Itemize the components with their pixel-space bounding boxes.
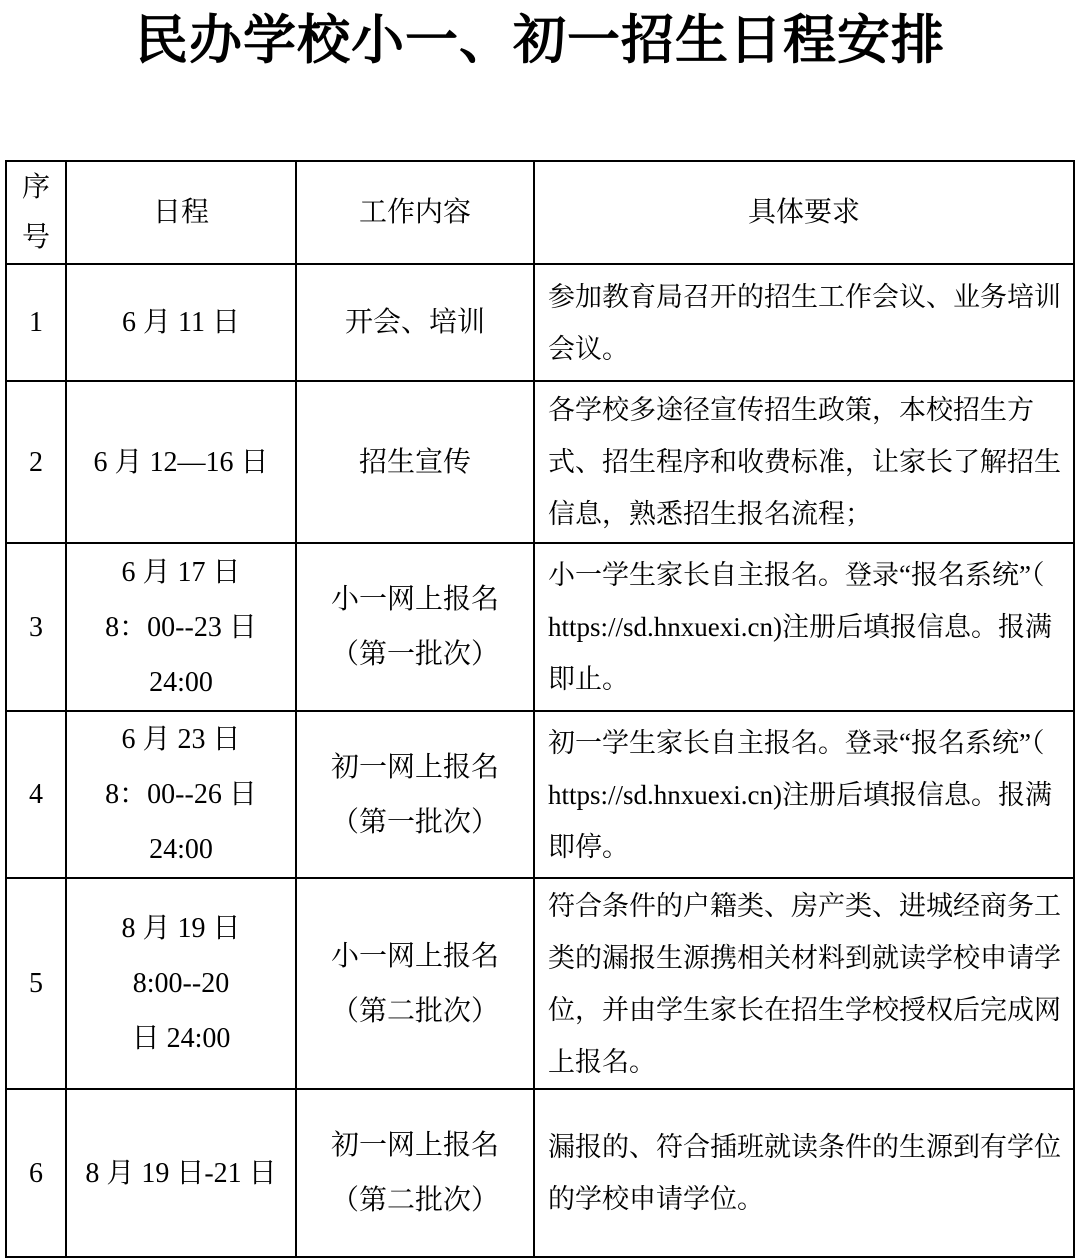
table-row: 2 6 月 12—16 日 招生宣传 各学校多途径宣传招生政策，本校招生方式、招…	[6, 381, 1074, 543]
page-title: 民办学校小一、初一招生日程安排	[0, 10, 1080, 72]
row-date: 6 月 23 日 8：00--26 日 24:00	[66, 711, 296, 878]
row-work: 开会、培训	[296, 264, 534, 381]
row-date: 6 月 17 日 8：00--23 日 24:00	[66, 543, 296, 711]
row-requirements: 小一学生家长自主报名。登录“报名系统”（ https://sd.hnxuexi.…	[534, 543, 1074, 711]
row-index: 4	[6, 711, 66, 878]
row-date: 8 月 19 日-21 日	[66, 1089, 296, 1257]
row-index: 2	[6, 381, 66, 543]
col-header-requirements: 具体要求	[534, 161, 1074, 264]
row-index: 5	[6, 878, 66, 1089]
table-header-row: 序 号 日程 工作内容 具体要求	[6, 161, 1074, 264]
table-row: 6 8 月 19 日-21 日 初一网上报名 （第二批次） 漏报的、符合插班就读…	[6, 1089, 1074, 1257]
row-requirements: 符合条件的户籍类、房产类、进城经商务工类的漏报生源携相关材料到就读学校申请学位，…	[534, 878, 1074, 1089]
col-header-date: 日程	[66, 161, 296, 264]
row-index: 1	[6, 264, 66, 381]
row-work: 初一网上报名 （第一批次）	[296, 711, 534, 878]
table-row: 1 6 月 11 日 开会、培训 参加教育局召开的招生工作会议、业务培训会议。	[6, 264, 1074, 381]
row-date: 6 月 12—16 日	[66, 381, 296, 543]
table-row: 3 6 月 17 日 8：00--23 日 24:00 小一网上报名 （第一批次…	[6, 543, 1074, 711]
schedule-table: 序 号 日程 工作内容 具体要求 1 6 月 11 日 开会、培训 参加教育局召…	[5, 160, 1075, 1258]
row-work: 初一网上报名 （第二批次）	[296, 1089, 534, 1257]
row-requirements: 漏报的、符合插班就读条件的生源到有学位的学校申请学位。	[534, 1089, 1074, 1257]
row-requirements: 参加教育局召开的招生工作会议、业务培训会议。	[534, 264, 1074, 381]
col-header-index: 序 号	[6, 161, 66, 264]
row-index: 3	[6, 543, 66, 711]
col-header-work: 工作内容	[296, 161, 534, 264]
row-work: 招生宣传	[296, 381, 534, 543]
row-requirements: 各学校多途径宣传招生政策，本校招生方式、招生程序和收费标准，让家长了解招生信息，…	[534, 381, 1074, 543]
row-index: 6	[6, 1089, 66, 1257]
row-date: 8 月 19 日 8:00--20 日 24:00	[66, 878, 296, 1089]
row-requirements: 初一学生家长自主报名。登录“报名系统”（ https://sd.hnxuexi.…	[534, 711, 1074, 878]
row-work: 小一网上报名 （第一批次）	[296, 543, 534, 711]
document-page: 民办学校小一、初一招生日程安排 序 号 日程 工作内容 具体要求 1 6 月 1…	[0, 0, 1080, 1259]
table-row: 5 8 月 19 日 8:00--20 日 24:00 小一网上报名 （第二批次…	[6, 878, 1074, 1089]
table-row: 4 6 月 23 日 8：00--26 日 24:00 初一网上报名 （第一批次…	[6, 711, 1074, 878]
row-date: 6 月 11 日	[66, 264, 296, 381]
row-work: 小一网上报名 （第二批次）	[296, 878, 534, 1089]
